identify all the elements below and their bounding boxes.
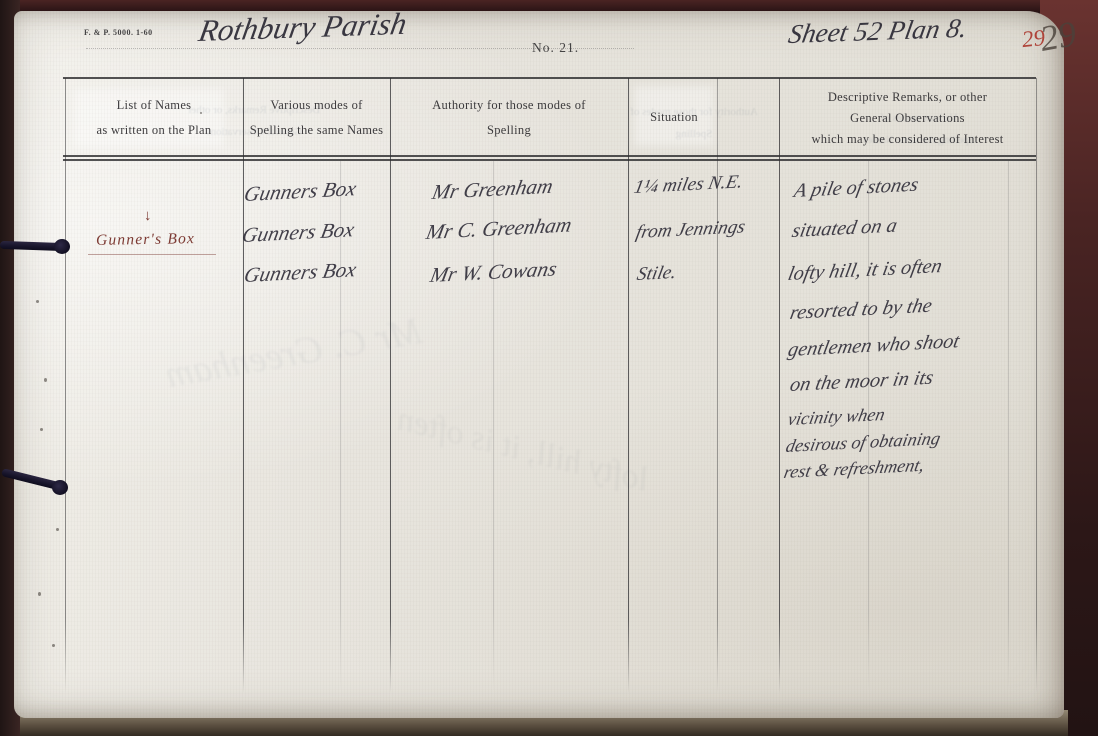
remarks-line: desirous of obtaining: [784, 428, 942, 457]
stitch-hole: [40, 428, 43, 431]
sheet-plan-annotation: Sheet 52 Plan 8.: [786, 13, 970, 50]
column-divider-situation-inner: [717, 78, 718, 693]
arrow-mark: ↓: [144, 208, 153, 225]
authority-entry: Mr Greenham: [430, 174, 555, 205]
bleedthrough-line: Descriptive Remarks, or other: [109, 99, 399, 121]
remarks-line: lofty hill, it is often: [786, 255, 944, 286]
column-divider-spellings: [390, 78, 391, 693]
remarks-line: rest & refreshment,: [782, 455, 926, 483]
document-page: F. & P. 5000. 1-60 Rothbury Parish No. 2…: [14, 11, 1064, 718]
spelling-entry: Gunners Box: [240, 217, 356, 248]
table-left-edge: [65, 78, 66, 693]
remarks-line: gentlemen who shoot: [786, 330, 961, 362]
remarks-line: on the moor in its: [788, 367, 935, 397]
bleedthrough-line-4: [1008, 161, 1009, 691]
binding-thread-knot: [52, 480, 68, 495]
print-code: F. & P. 5000. 1-60: [84, 28, 153, 37]
remarks-line: resorted to by the: [788, 295, 934, 325]
plan-name-entry: Gunner's Box: [96, 230, 195, 250]
bleedthrough-text: Authority for those modes of Spelling: [574, 101, 814, 145]
bleedthrough-scribble: Mr C. Greenham: [162, 309, 425, 397]
bleedthrough-line-3: [868, 161, 869, 691]
stitch-hole: [44, 378, 47, 382]
authority-entry: Mr C. Greenham: [424, 213, 574, 245]
header-bottom-rule-2: [63, 159, 1036, 161]
remarks-line: vicinity when: [786, 404, 887, 430]
table-right-edge: [1036, 78, 1037, 693]
header-bottom-rule-1: [63, 155, 1036, 157]
plan-name-underline: [88, 254, 216, 255]
bleedthrough-line: General Observations: [109, 121, 399, 143]
stitch-hole: [38, 592, 41, 596]
authority-entry: Mr W. Cowans: [428, 257, 559, 288]
folio-number-pencil: 29: [1037, 12, 1080, 60]
bleedthrough-scribble: lofty hill, it is often: [393, 400, 652, 499]
remarks-line: A pile of stones: [792, 174, 920, 203]
column-divider-situation: [779, 78, 780, 693]
bleedthrough-text: Various modes of Spelling the same Names: [814, 107, 1024, 151]
column-divider-authority: [628, 78, 629, 693]
bleedthrough-line: Various modes of: [814, 107, 1024, 129]
page-number: No. 21.: [532, 40, 579, 56]
paper-speck: [200, 112, 202, 114]
scanned-document: F. & P. 5000. 1-60 Rothbury Parish No. 2…: [0, 0, 1098, 736]
bleedthrough-line: Spelling: [574, 123, 814, 145]
situation-line: 1¼ miles N.E.: [632, 171, 745, 199]
header-remarks-line1: Descriptive Remarks, or other: [779, 90, 1036, 105]
bleedthrough-text: Descriptive Remarks, or other General Ob…: [109, 99, 399, 143]
situation-line: from Jennings: [634, 216, 747, 244]
stitch-hole: [52, 644, 55, 647]
parish-title: Rothbury Parish: [196, 6, 410, 49]
stitch-hole: [36, 300, 39, 303]
bleedthrough-line: Spelling the same Names: [814, 129, 1024, 151]
stitch-hole: [56, 528, 59, 531]
column-divider-names: [243, 78, 244, 693]
bleedthrough-line: Authority for those modes of: [574, 101, 814, 123]
binding-thread-knot: [54, 239, 70, 254]
situation-line: Stile.: [635, 262, 678, 286]
table-top-rule: [63, 77, 1036, 79]
remarks-line: situated on a: [790, 215, 899, 243]
